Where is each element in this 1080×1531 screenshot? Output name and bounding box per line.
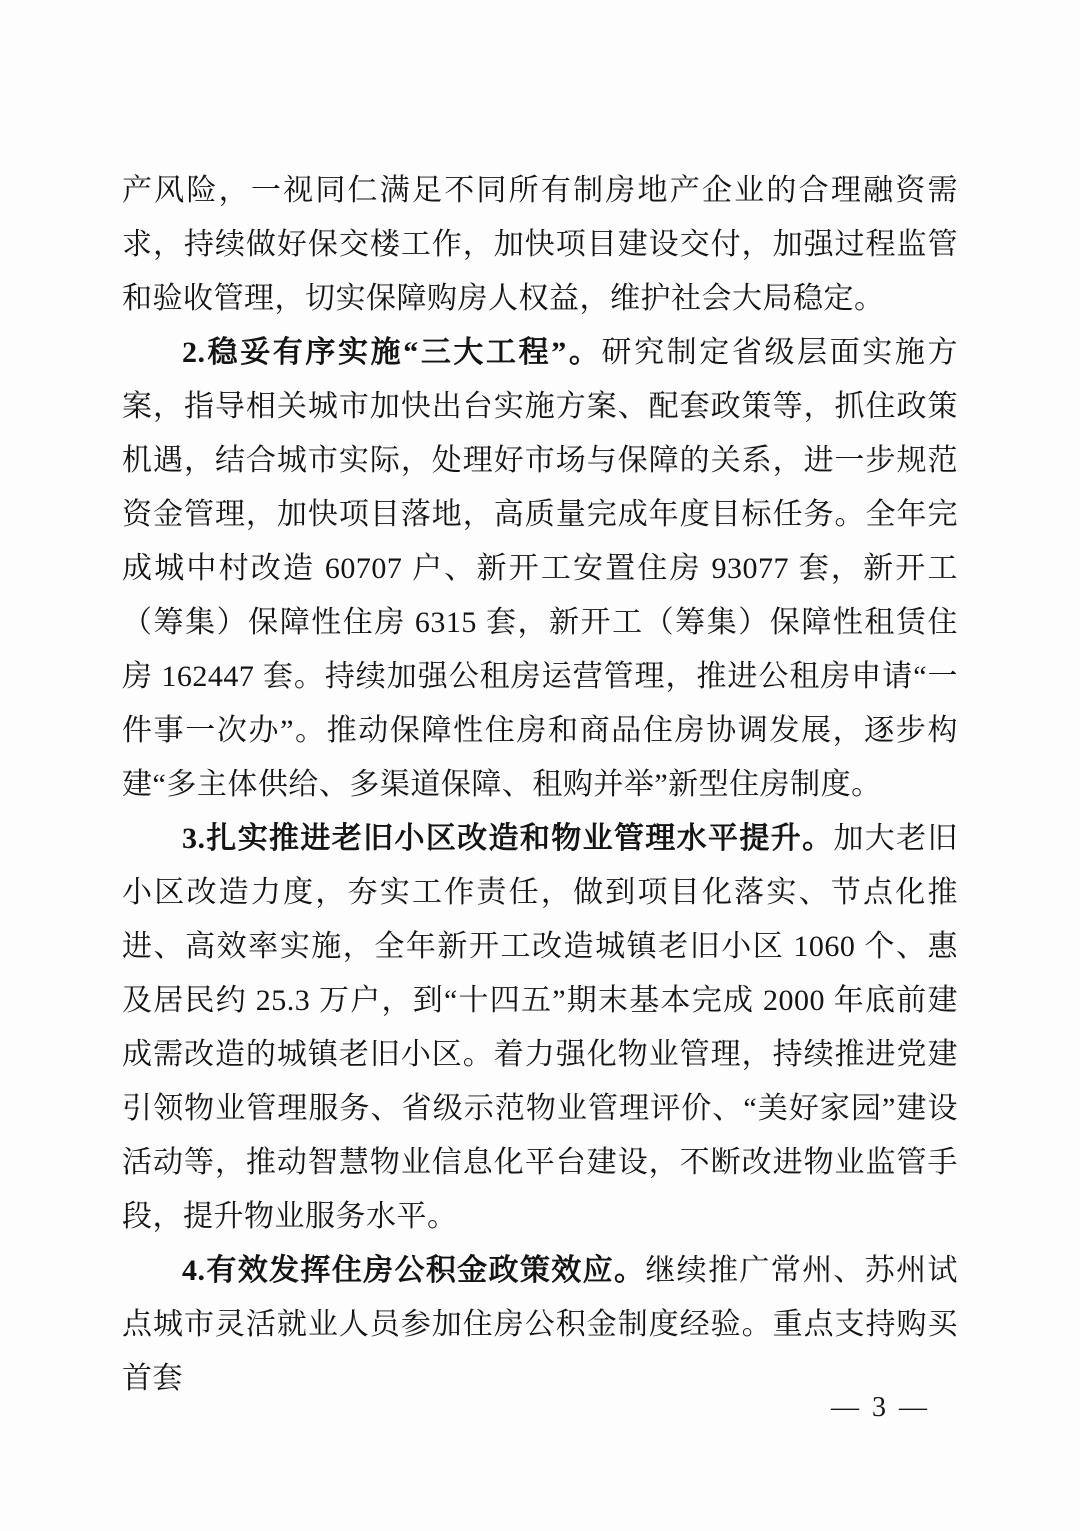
paragraph-lead: 3.扎实推进老旧小区改造和物业管理水平提升。 [182,822,833,855]
paragraph-lead: 2.稳妥有序实施“三大工程”。 [182,336,601,369]
paragraph-continuation: 产风险，一视同仁满足不同所有制房地产企业的合理融资需求，持续做好保交楼工作，加快… [122,164,958,326]
document-body: 产风险，一视同仁满足不同所有制房地产企业的合理融资需求，持续做好保交楼工作，加快… [122,164,958,1406]
paragraph-lead: 4.有效发挥住房公积金政策效应。 [182,1254,645,1287]
paragraph-text: 加大老旧小区改造力度，夯实工作责任，做到项目化落实、节点化推进、高效率实施，全年… [122,822,958,1233]
paragraph-item-3: 3.扎实推进老旧小区改造和物业管理水平提升。加大老旧小区改造力度，夯实工作责任，… [122,812,958,1244]
document-page: 产风险，一视同仁满足不同所有制房地产企业的合理融资需求，持续做好保交楼工作，加快… [0,0,1080,1531]
paragraph-text: 产风险，一视同仁满足不同所有制房地产企业的合理融资需求，持续做好保交楼工作，加快… [122,174,958,315]
page-number: — 3 — [831,1392,930,1424]
paragraph-item-4: 4.有效发挥住房公积金政策效应。继续推广常州、苏州试点城市灵活就业人员参加住房公… [122,1244,958,1406]
paragraph-text: 研究制定省级层面实施方案，指导相关城市加快出台实施方案、配套政策等，抓住政策机遇… [122,336,958,801]
paragraph-item-2: 2.稳妥有序实施“三大工程”。研究制定省级层面实施方案，指导相关城市加快出台实施… [122,326,958,812]
